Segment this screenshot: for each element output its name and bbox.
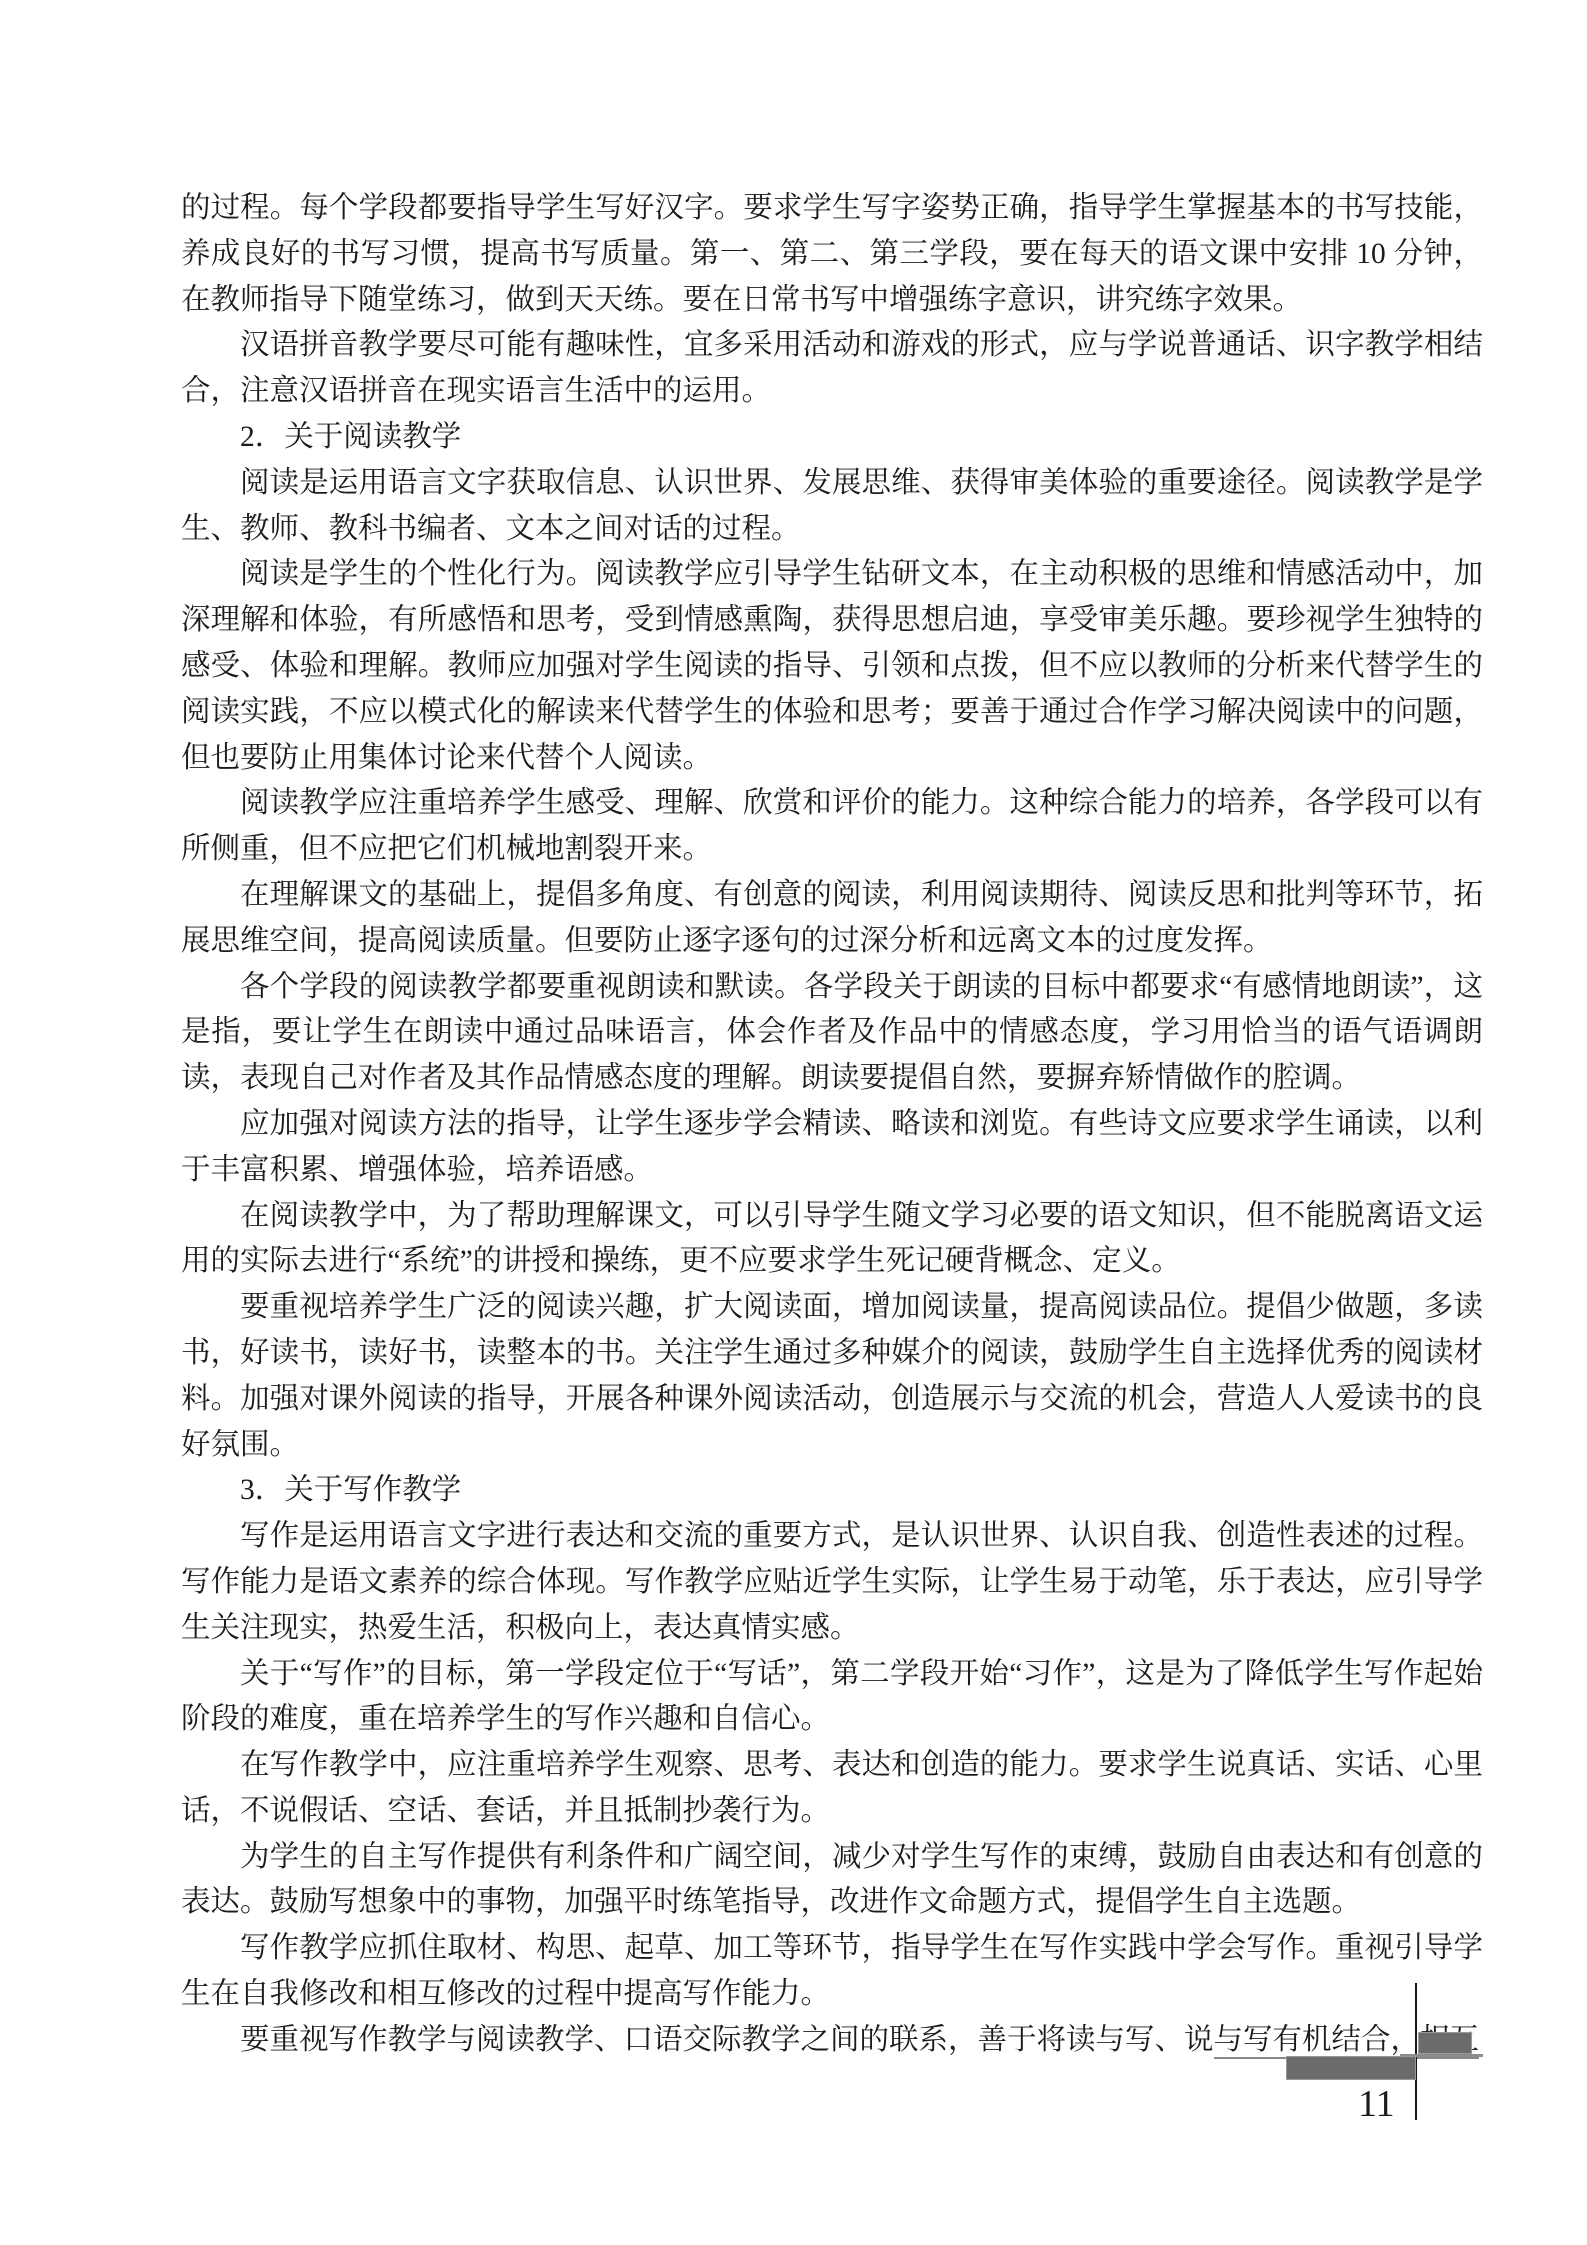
closing-normal-text: 要重视写作教学与阅读教学、口语交际教学之间的联系，善于将读与写、说: [240, 2024, 1214, 2056]
page-number: 11: [1358, 2082, 1395, 2126]
paragraph-writing-continuation: 的过程。每个学段都要指导学生写好汉字。要求学生写字姿势正确，指导学生掌握基本的书…: [181, 186, 1483, 323]
revision-mark-small: [1418, 2032, 1472, 2054]
paragraph-pinyin-teaching: 汉语拼音教学要尽可能有趣味性，宜多采用活动和游戏的形式，应与学说普通话、识字教学…: [181, 323, 1483, 415]
paragraph-language-knowledge: 在阅读教学中，为了帮助理解课文，可以引导学生随文学习必要的语文知识，但不能脱离语…: [181, 1194, 1483, 1286]
section-heading-writing-instruction: 3．关于写作教学: [181, 1468, 1483, 1514]
paragraph-creative-reading: 在理解课文的基础上，提倡多角度、有创意的阅读，利用阅读期待、阅读反思和批判等环节…: [181, 873, 1483, 965]
margin-vertical-rule: [1415, 1983, 1417, 2120]
paragraph-writing-abilities: 在写作教学中，应注重培养学生观察、思考、表达和创造的能力。要求学生说真话、实话、…: [181, 1743, 1483, 1835]
document-page: { "page": { "number": "11" }, "decoratio…: [0, 0, 1587, 2245]
paragraph-reading-methods: 应加强对阅读方法的指导，让学生逐步学会精读、略读和浏览。有些诗文应要求学生诵读，…: [181, 1102, 1483, 1194]
paragraph-independent-writing: 为学生的自主写作提供有利条件和广阔空间，减少对学生写作的束缚，鼓励自由表达和有创…: [181, 1835, 1483, 1927]
paragraph-writing-goals: 关于“写作”的目标，第一学段定位于“写话”，第二学段开始“习作”，这是为了降低学…: [181, 1652, 1483, 1744]
revision-mark-large: [1286, 2056, 1416, 2080]
paragraph-reading-interest: 要重视培养学生广泛的阅读兴趣，扩大阅读面，增加阅读量，提高阅读品位。提倡少做题，…: [181, 1285, 1483, 1468]
paragraph-writing-process: 写作教学应抓住取材、构思、起草、加工等环节，指导学生在写作实践中学会写作。重视引…: [181, 1926, 1483, 2018]
paragraph-reading-aloud: 各个学段的阅读教学都要重视朗读和默读。各学段关于朗读的目标中都要求“有感情地朗读…: [181, 965, 1483, 1102]
section-heading-reading-instruction: 2．关于阅读教学: [181, 415, 1483, 461]
paragraph-reading-definition: 阅读是运用语言文字获取信息、认识世界、发展思维、获得审美体验的重要途径。阅读教学…: [181, 461, 1483, 553]
body-text: 的过程。每个学段都要指导学生写好汉字。要求学生写字姿势正确，指导学生掌握基本的书…: [181, 186, 1483, 2064]
paragraph-reading-individual: 阅读是学生的个性化行为。阅读教学应引导学生钻研文本，在主动积极的思维和情感活动中…: [181, 552, 1483, 781]
paragraph-reading-abilities: 阅读教学应注重培养学生感受、理解、欣赏和评价的能力。这种综合能力的培养，各学段可…: [181, 781, 1483, 873]
paragraph-writing-definition: 写作是运用语言文字进行表达和交流的重要方式，是认识世界、认识自我、创造性表述的过…: [181, 1514, 1483, 1651]
